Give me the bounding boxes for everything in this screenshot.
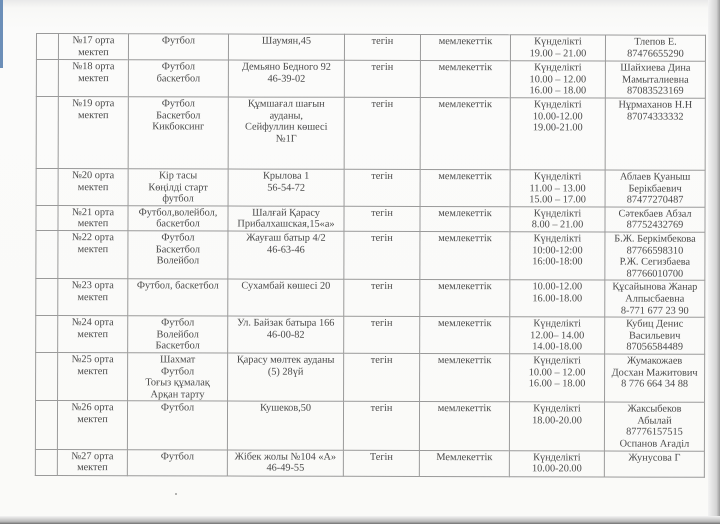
ownership-cell: мемлекеттік	[420, 98, 510, 170]
table-body: №17 орта мектепФутболШаумян,45тегінмемле…	[35, 34, 705, 477]
address-cell: Шаумян,45	[228, 34, 344, 60]
address-cell: Шалғай Қарасу Прибалхашская,15«а»	[228, 206, 344, 231]
contact-cell: Құсайынова Жанар Алпысбаевна 8-771 677 2…	[605, 280, 705, 317]
schedule-cell: Күнделікті 10.00-12.00 19.00-21.00	[510, 98, 605, 170]
address-cell: Құмшағал шағын ауданы, Сейфуллин көшесі …	[228, 97, 344, 169]
schedule-cell: Күнделікті 11.00 – 13.00 15.00 – 17.00	[510, 170, 605, 207]
schedule-cell: Күнделікті 10.00 – 12.00 16.00 – 18.00	[510, 354, 605, 403]
fee-cell: тегін	[343, 402, 419, 451]
sports-cell: Футбол,волейбол, баскетбол	[128, 206, 228, 231]
school-cell: №23 орта мектеп	[58, 279, 128, 316]
table-row: №20 орта мектепКір тасы Көңілді старт фу…	[36, 169, 705, 208]
address-cell: Ул. Байзак батыра 166 46-00-82	[228, 316, 344, 353]
ownership-cell: Мемлекеттік	[419, 450, 509, 476]
sports-cell: Футбол	[127, 449, 227, 475]
school-cell: №26 орта мектеп	[57, 401, 127, 450]
school-cell: №27 орта мектеп	[57, 449, 127, 475]
sports-cell: Футбол баскетбол	[128, 60, 228, 97]
schedule-cell: Күнделікті 12.00– 14.00 14.00-18.00	[510, 317, 605, 354]
fee-cell: тегін	[344, 353, 420, 402]
contact-cell: Жунусова Г	[604, 451, 704, 477]
schedule-cell: Күнделікті 10.00 – 12.00 16.00 – 18.00	[510, 61, 605, 98]
ownership-cell: мемлекеттік	[420, 231, 510, 280]
ownership-cell: мемлекеттік	[420, 206, 510, 231]
row-number-cell	[36, 60, 58, 97]
sports-cell: Футбол	[127, 401, 227, 450]
ownership-cell: мемлекеттік	[420, 61, 510, 98]
sports-cell: Футбол, баскетбол	[128, 279, 228, 316]
schedule-cell: Күнделікті 8.00 – 21.00	[510, 207, 605, 232]
fee-cell: Тегін	[343, 450, 419, 476]
ownership-cell: мемлекеттік	[420, 353, 510, 402]
address-cell: Кушеков,50	[227, 401, 343, 450]
address-cell: Сухамбай көшесі 20	[228, 279, 344, 316]
table-row: №26 орта мектепФутболКушеков,50тегінмемл…	[35, 401, 704, 451]
fee-cell: тегін	[344, 34, 420, 60]
contact-cell: Нұрмаханов Н.Н 87074333332	[605, 98, 705, 170]
scan-speck	[681, 383, 683, 385]
row-number-cell	[36, 97, 58, 169]
school-cell: №19 орта мектеп	[58, 97, 128, 169]
table-row: №17 орта мектепФутболШаумян,45тегінмемле…	[36, 34, 705, 62]
ownership-cell: мемлекеттік	[420, 35, 510, 61]
row-number-cell	[36, 34, 58, 60]
contact-cell: Аблаев Қуаныш Берікбаевич 87477270487	[605, 170, 705, 207]
schedule-cell: Күнделікті 18.00-20.00	[509, 402, 604, 451]
sports-cell: Кір тасы Көңілді старт футбол	[128, 169, 228, 206]
sports-cell: Футбол	[128, 34, 228, 60]
school-cell: №22 орта мектеп	[58, 231, 128, 280]
table-row: №21 орта мектепФутбол,волейбол, баскетбо…	[36, 205, 705, 232]
ownership-cell: мемлекеттік	[419, 402, 509, 451]
row-number-cell	[36, 352, 58, 400]
row-number-cell	[35, 449, 57, 475]
table-row: №24 орта мектепФутбол Волейбол Баскетбол…	[36, 316, 705, 355]
school-cell: №25 орта мектеп	[58, 352, 128, 401]
address-cell: Жауғаш батыр 4/2 46-63-46	[228, 231, 344, 280]
school-cell: №24 орта мектеп	[58, 316, 128, 353]
address-cell: Қарасу мөлтек ауданы (5) 28үй	[228, 353, 344, 402]
sports-cell: Шахмат Футбол Тоғыз құмалақ Арқан тарту	[128, 353, 228, 402]
schedule-cell: Күнделікті 10.00-20.00	[509, 450, 604, 476]
sports-sections-table: №17 орта мектепФутболШаумян,45тегінмемле…	[35, 33, 706, 477]
sports-cell: Футбол Баскетбол Кикбоксинг	[128, 97, 228, 169]
contact-cell: Жаксыбеков Абылай 87776157515 Оспанов Ағ…	[604, 402, 704, 451]
row-number-cell	[36, 205, 58, 230]
sports-cell: Футбол Волейбол Баскетбол	[128, 316, 228, 353]
table-row: №25 орта мектепШахмат Футбол Тоғыз құмал…	[36, 352, 705, 402]
row-number-cell	[36, 316, 58, 353]
address-cell: Жібек жолы №104 «А» 46-49-55	[227, 450, 343, 476]
fee-cell: тегін	[344, 169, 420, 206]
sports-cell: Футбол Баскетбол Волейбол	[128, 231, 228, 280]
ownership-cell: мемлекеттік	[420, 170, 510, 207]
school-cell: №18 орта мектеп	[58, 60, 128, 97]
fee-cell: тегін	[344, 316, 420, 353]
table-row: №27 орта мектепФутболЖібек жолы №104 «А»…	[35, 449, 704, 477]
schedule-cell: Күнделікті 19.00 – 21.00	[510, 35, 605, 61]
school-cell: №21 орта мектеп	[58, 205, 128, 230]
scan-edge-mark	[0, 0, 3, 68]
scan-speck	[175, 493, 177, 495]
school-cell: №17 орта мектеп	[58, 34, 128, 60]
address-cell: Демьяно Бедного 92 46-39-02	[228, 60, 344, 97]
fee-cell: тегін	[344, 206, 420, 231]
schedule-cell: Күнделікті 10:00-12:00 16:00-18:00	[510, 232, 605, 281]
contact-cell: Б.Ж. Беркімбекова 87766598310 Р.Ж. Сегиз…	[605, 232, 705, 281]
row-number-cell	[35, 401, 57, 449]
table-row: №23 орта мектепФутбол, баскетболСухамбай…	[36, 279, 705, 318]
contact-cell: Сәтекбаев Абзал 87752432769	[605, 207, 705, 232]
fee-cell: тегін	[344, 280, 420, 317]
scanned-page: №17 орта мектепФутболШаумян,45тегінмемле…	[0, 0, 712, 516]
ownership-cell: мемлекеттік	[420, 317, 510, 354]
contact-cell: Жумакожаев Досхан Мажитович 8 776 664 34…	[605, 354, 705, 403]
school-cell: №20 орта мектеп	[58, 169, 128, 206]
fee-cell: тегін	[344, 60, 420, 97]
schedule-cell: 10.00-12.00 16.00-18.00	[510, 280, 605, 317]
fee-cell: тегін	[344, 97, 420, 169]
table-row: №22 орта мектепФутбол Баскетбол Волейбол…	[36, 230, 705, 280]
page-edge-shadow-right	[708, 0, 720, 524]
row-number-cell	[36, 230, 58, 278]
address-cell: Крылова 1 56-54-72	[228, 169, 344, 206]
contact-cell: Тлепов Е. 87476655290	[605, 35, 705, 61]
fee-cell: тегін	[344, 231, 420, 280]
contact-cell: Кубиц Денис Васильевич 87056584489	[605, 317, 705, 354]
page-edge-shadow-bottom	[0, 516, 720, 524]
table-row: №19 орта мектепФутбол Баскетбол Кикбокси…	[36, 97, 705, 171]
contact-cell: Шайхиева Дина Мамыталиевна 87083523169	[605, 61, 705, 98]
row-number-cell	[36, 169, 58, 206]
table-row: №18 орта мектепФутбол баскетболДемьяно Б…	[36, 60, 705, 99]
ownership-cell: мемлекеттік	[420, 280, 510, 317]
row-number-cell	[36, 279, 58, 316]
